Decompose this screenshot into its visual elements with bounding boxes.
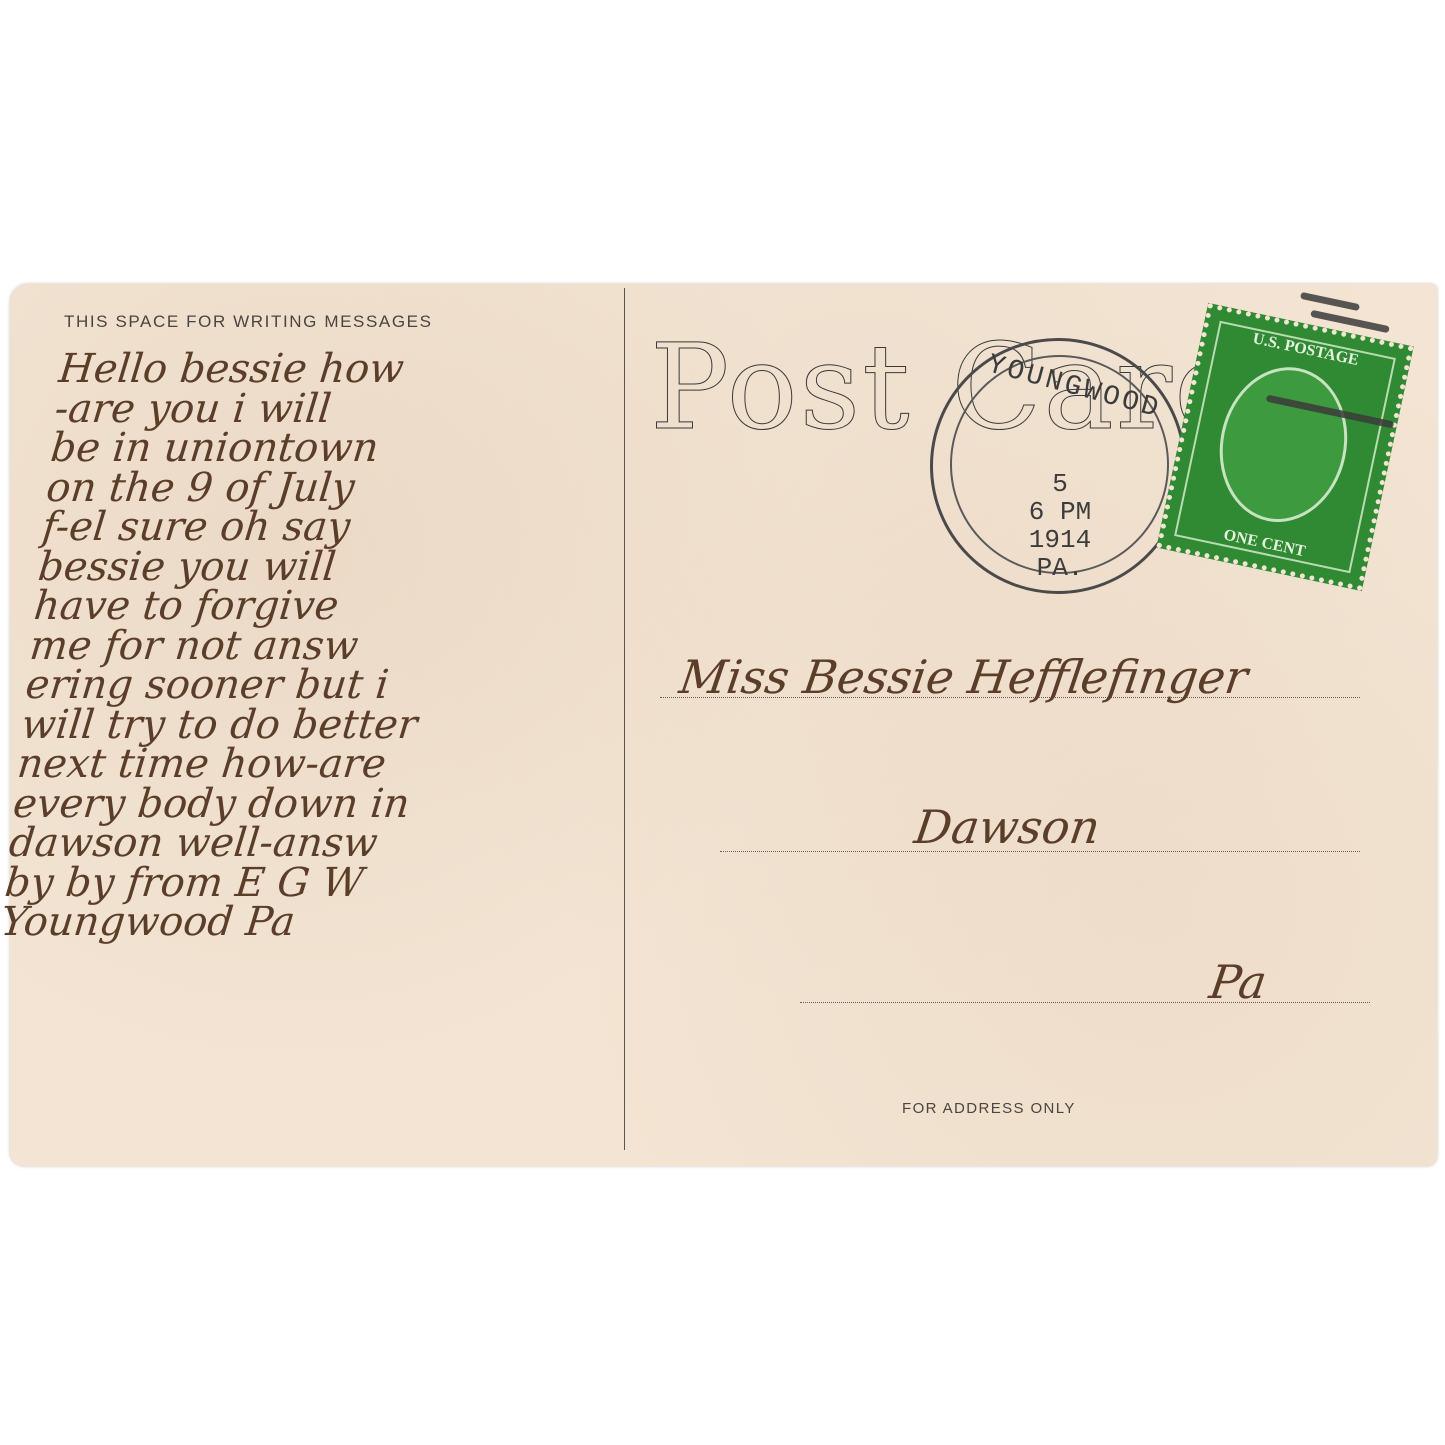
message-line: next time how-are	[15, 745, 619, 785]
address-footer: FOR ADDRESS ONLY	[902, 1100, 1076, 1117]
postmark-year: 1914	[1010, 526, 1110, 554]
message-line: on the 9 of July	[45, 469, 649, 509]
message-line: every body down in	[11, 785, 615, 825]
message-line: will try to do better	[20, 706, 624, 746]
address-city: Dawson	[911, 800, 1103, 854]
postmark-date: 5	[1010, 470, 1110, 498]
postmark-details: 5 6 PM 1914 PA.	[1010, 470, 1110, 582]
address-name: Miss Bessie Hefflefinger	[676, 650, 1251, 704]
message-line: have to forgive	[32, 587, 636, 627]
message-line: Hello bessie how	[57, 350, 661, 390]
message-line: by by from E G W	[3, 864, 607, 904]
address-state: Pa	[1206, 955, 1270, 1009]
handwritten-message: Hello bessie how -are you i will be in u…	[0, 350, 661, 943]
address-line	[800, 1002, 1370, 1003]
message-line: dawson well-answ	[7, 824, 611, 864]
message-line: bessie you will	[36, 548, 640, 588]
message-line: -are you i will	[53, 390, 657, 430]
postmark-state: PA.	[1010, 554, 1110, 582]
message-line: me for not answ	[28, 627, 632, 667]
message-line: be in uniontown	[49, 429, 653, 469]
message-line: Youngwood Pa	[0, 903, 603, 943]
message-line: ering sooner but i	[24, 666, 628, 706]
message-header: THIS SPACE FOR WRITING MESSAGES	[64, 312, 433, 332]
message-line: f-el sure oh say	[40, 508, 644, 548]
postmark-time: 6 PM	[1010, 498, 1110, 526]
